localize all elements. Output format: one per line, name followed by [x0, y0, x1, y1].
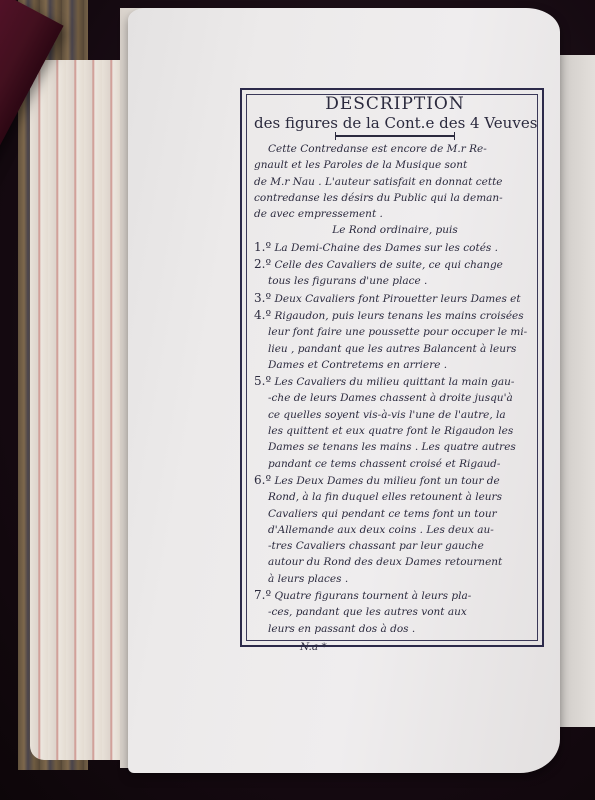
- figure-text: Rond, à la fin duquel elles retounent à …: [254, 489, 536, 505]
- figure-text: d'Allemande aux deux coins . Les deux au…: [254, 522, 536, 538]
- figure-7: 7.º Quatre figurans tournent à leurs pla…: [254, 587, 536, 604]
- figure-text: -ces, pandant que les autres vont aux: [254, 604, 536, 620]
- figure-text: Rigaudon, puis leurs tenans les mains cr…: [274, 310, 523, 322]
- engraved-frame: DESCRIPTION des figures de la Cont.e des…: [240, 88, 544, 647]
- figure-number: 2.º: [254, 257, 271, 271]
- figure-2: 2.º Celle des Cavaliers de suite, ce qui…: [254, 256, 536, 273]
- figure-text: ce quelles soyent vis-à-vis l'une de l'a…: [254, 407, 536, 423]
- figure-number: 6.º: [254, 473, 271, 487]
- title-rule: [335, 135, 455, 137]
- figure-text: leur font faire une poussette pour occup…: [254, 324, 536, 340]
- figure-text: leurs en passant dos à dos .: [254, 621, 536, 637]
- figure-text: Dames et Contretems en arriere .: [254, 357, 536, 373]
- figure-text: Deux Cavaliers font Pirouetter leurs Dam…: [274, 293, 520, 305]
- figure-text: Dames se tenans les mains . Les quatre a…: [254, 439, 536, 455]
- figure-text: Les Deux Dames du milieu font un tour de: [274, 475, 499, 487]
- figure-number: 4.º: [254, 308, 271, 322]
- page-subtitle: des figures de la Cont.e des 4 Veuves: [254, 114, 536, 132]
- figure-text: pandant ce tems chassent croisé et Rigau…: [254, 456, 536, 472]
- intro-line: Cette Contredanse est encore de M.r Re-: [254, 141, 536, 157]
- figure-1: 1.º La Demi-Chaine des Dames sur les cot…: [254, 239, 536, 256]
- figure-text: Cavaliers qui pendant ce tems font un to…: [254, 506, 536, 522]
- figure-number: 1.º: [254, 240, 271, 254]
- right-page-edge: [558, 55, 595, 727]
- figure-text: Quatre figurans tournent à leurs pla-: [274, 590, 471, 602]
- figure-text: à leurs places .: [254, 571, 536, 587]
- figure-5: 5.º Les Cavaliers du milieu quittant la …: [254, 373, 536, 390]
- page-title: DESCRIPTION: [254, 94, 536, 114]
- intro-line: contredanse les désirs du Public qui la …: [254, 190, 536, 206]
- figure-number: 7.º: [254, 588, 271, 602]
- figure-text: Celle des Cavaliers de suite, ce qui cha…: [274, 259, 502, 271]
- intro-line: de avec empressement .: [254, 206, 536, 222]
- figure-number: 3.º: [254, 291, 271, 305]
- figure-text: lieu , pandant que les autres Balancent …: [254, 341, 536, 357]
- intro-line: gnault et les Paroles de la Musique sont: [254, 157, 536, 173]
- figure-text: -tres Cavaliers chassant par leur gauche: [254, 538, 536, 554]
- figure-text: -che de leurs Dames chassent à droite ju…: [254, 390, 536, 406]
- figure-4: 4.º Rigaudon, puis leurs tenans les main…: [254, 307, 536, 324]
- note-mark: N.a *: [254, 639, 536, 655]
- description-body: Cette Contredanse est encore de M.r Re- …: [254, 141, 536, 655]
- section-heading: Le Rond ordinaire, puis: [254, 222, 536, 238]
- intro-line: de M.r Nau . L'auteur satisfait en donna…: [254, 174, 536, 190]
- figure-text: autour du Rond des deux Dames retournent: [254, 554, 536, 570]
- figure-number: 5.º: [254, 374, 271, 388]
- page-text: DESCRIPTION des figures de la Cont.e des…: [254, 94, 536, 655]
- figure-3: 3.º Deux Cavaliers font Pirouetter leurs…: [254, 290, 536, 307]
- figure-text: les quittent et eux quatre font le Rigau…: [254, 423, 536, 439]
- figure-text: tous les figurans d'une place .: [254, 273, 536, 289]
- figure-6: 6.º Les Deux Dames du milieu font un tou…: [254, 472, 536, 489]
- figure-text: Les Cavaliers du milieu quittant la main…: [274, 376, 514, 388]
- figure-text: La Demi-Chaine des Dames sur les cotés .: [274, 242, 498, 254]
